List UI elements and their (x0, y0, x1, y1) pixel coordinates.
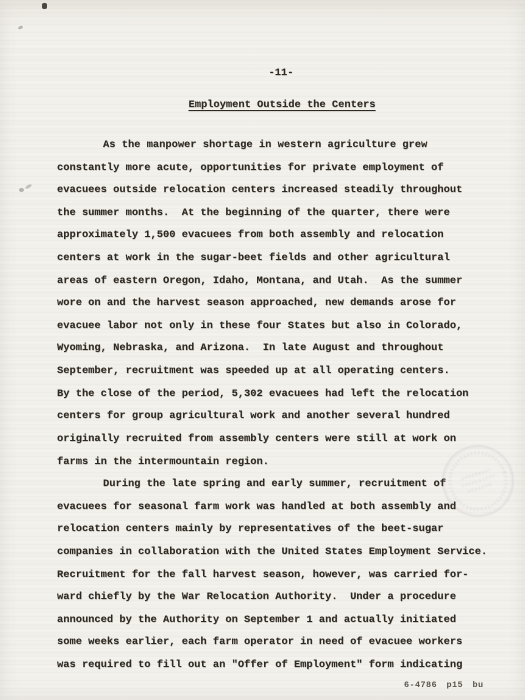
scanned-document-page: -11- Employment Outside the Centers As t… (0, 0, 525, 700)
paragraph: As the manpower shortage in western agri… (57, 134, 497, 473)
body-text: As the manpower shortage in western agri… (57, 134, 497, 677)
text-line: During the late spring and early summer,… (57, 473, 497, 496)
archival-footer-code: 6-4786 p15 bu (404, 680, 484, 690)
ink-speck (42, 3, 47, 9)
text-line: ward chiefly by the War Relocation Autho… (57, 586, 497, 609)
text-line: By the close of the period, 5,302 evacue… (57, 383, 497, 406)
text-line: As the manpower shortage in western agri… (57, 134, 497, 157)
text-line: evacuees outside relocation centers incr… (57, 179, 497, 202)
paragraph: During the late spring and early summer,… (57, 473, 497, 676)
ink-speck (19, 188, 24, 192)
text-line: announced by the Authority on September … (57, 609, 497, 632)
text-line: the summer months. At the beginning of t… (57, 202, 497, 225)
text-line: approximately 1,500 evacuees from both a… (57, 224, 497, 247)
text-line: some weeks earlier, each farm operator i… (57, 631, 497, 654)
text-line: companies in collaboration with the Unit… (57, 541, 497, 564)
ink-speck (18, 25, 24, 30)
text-line: wore on and the harvest season approache… (57, 292, 497, 315)
text-line: September, recruitment was speeded up at… (57, 360, 497, 383)
text-line: evacuees for seasonal farm work was hand… (57, 496, 497, 519)
text-line: Recruitment for the fall harvest season,… (57, 564, 497, 587)
text-line: centers for group agricultural work and … (57, 405, 497, 428)
text-line: relocation centers mainly by representat… (57, 518, 497, 541)
text-line: centers at work in the sugar-beet fields… (57, 247, 497, 270)
text-line: areas of eastern Oregon, Idaho, Montana,… (57, 270, 497, 293)
page-title: Employment Outside the Centers (188, 99, 375, 111)
text-line: originally recruited from assembly cente… (57, 428, 497, 451)
text-line: Wyoming, Nebraska, and Arizona. In late … (57, 337, 497, 360)
text-line: evacuee labor not only in these four Sta… (57, 315, 497, 338)
ink-speck (25, 183, 33, 189)
page-number: -11- (269, 67, 294, 79)
text-line: was required to fill out an "Offer of Em… (57, 654, 497, 677)
text-line: constantly more acute, opportunities for… (57, 157, 497, 180)
